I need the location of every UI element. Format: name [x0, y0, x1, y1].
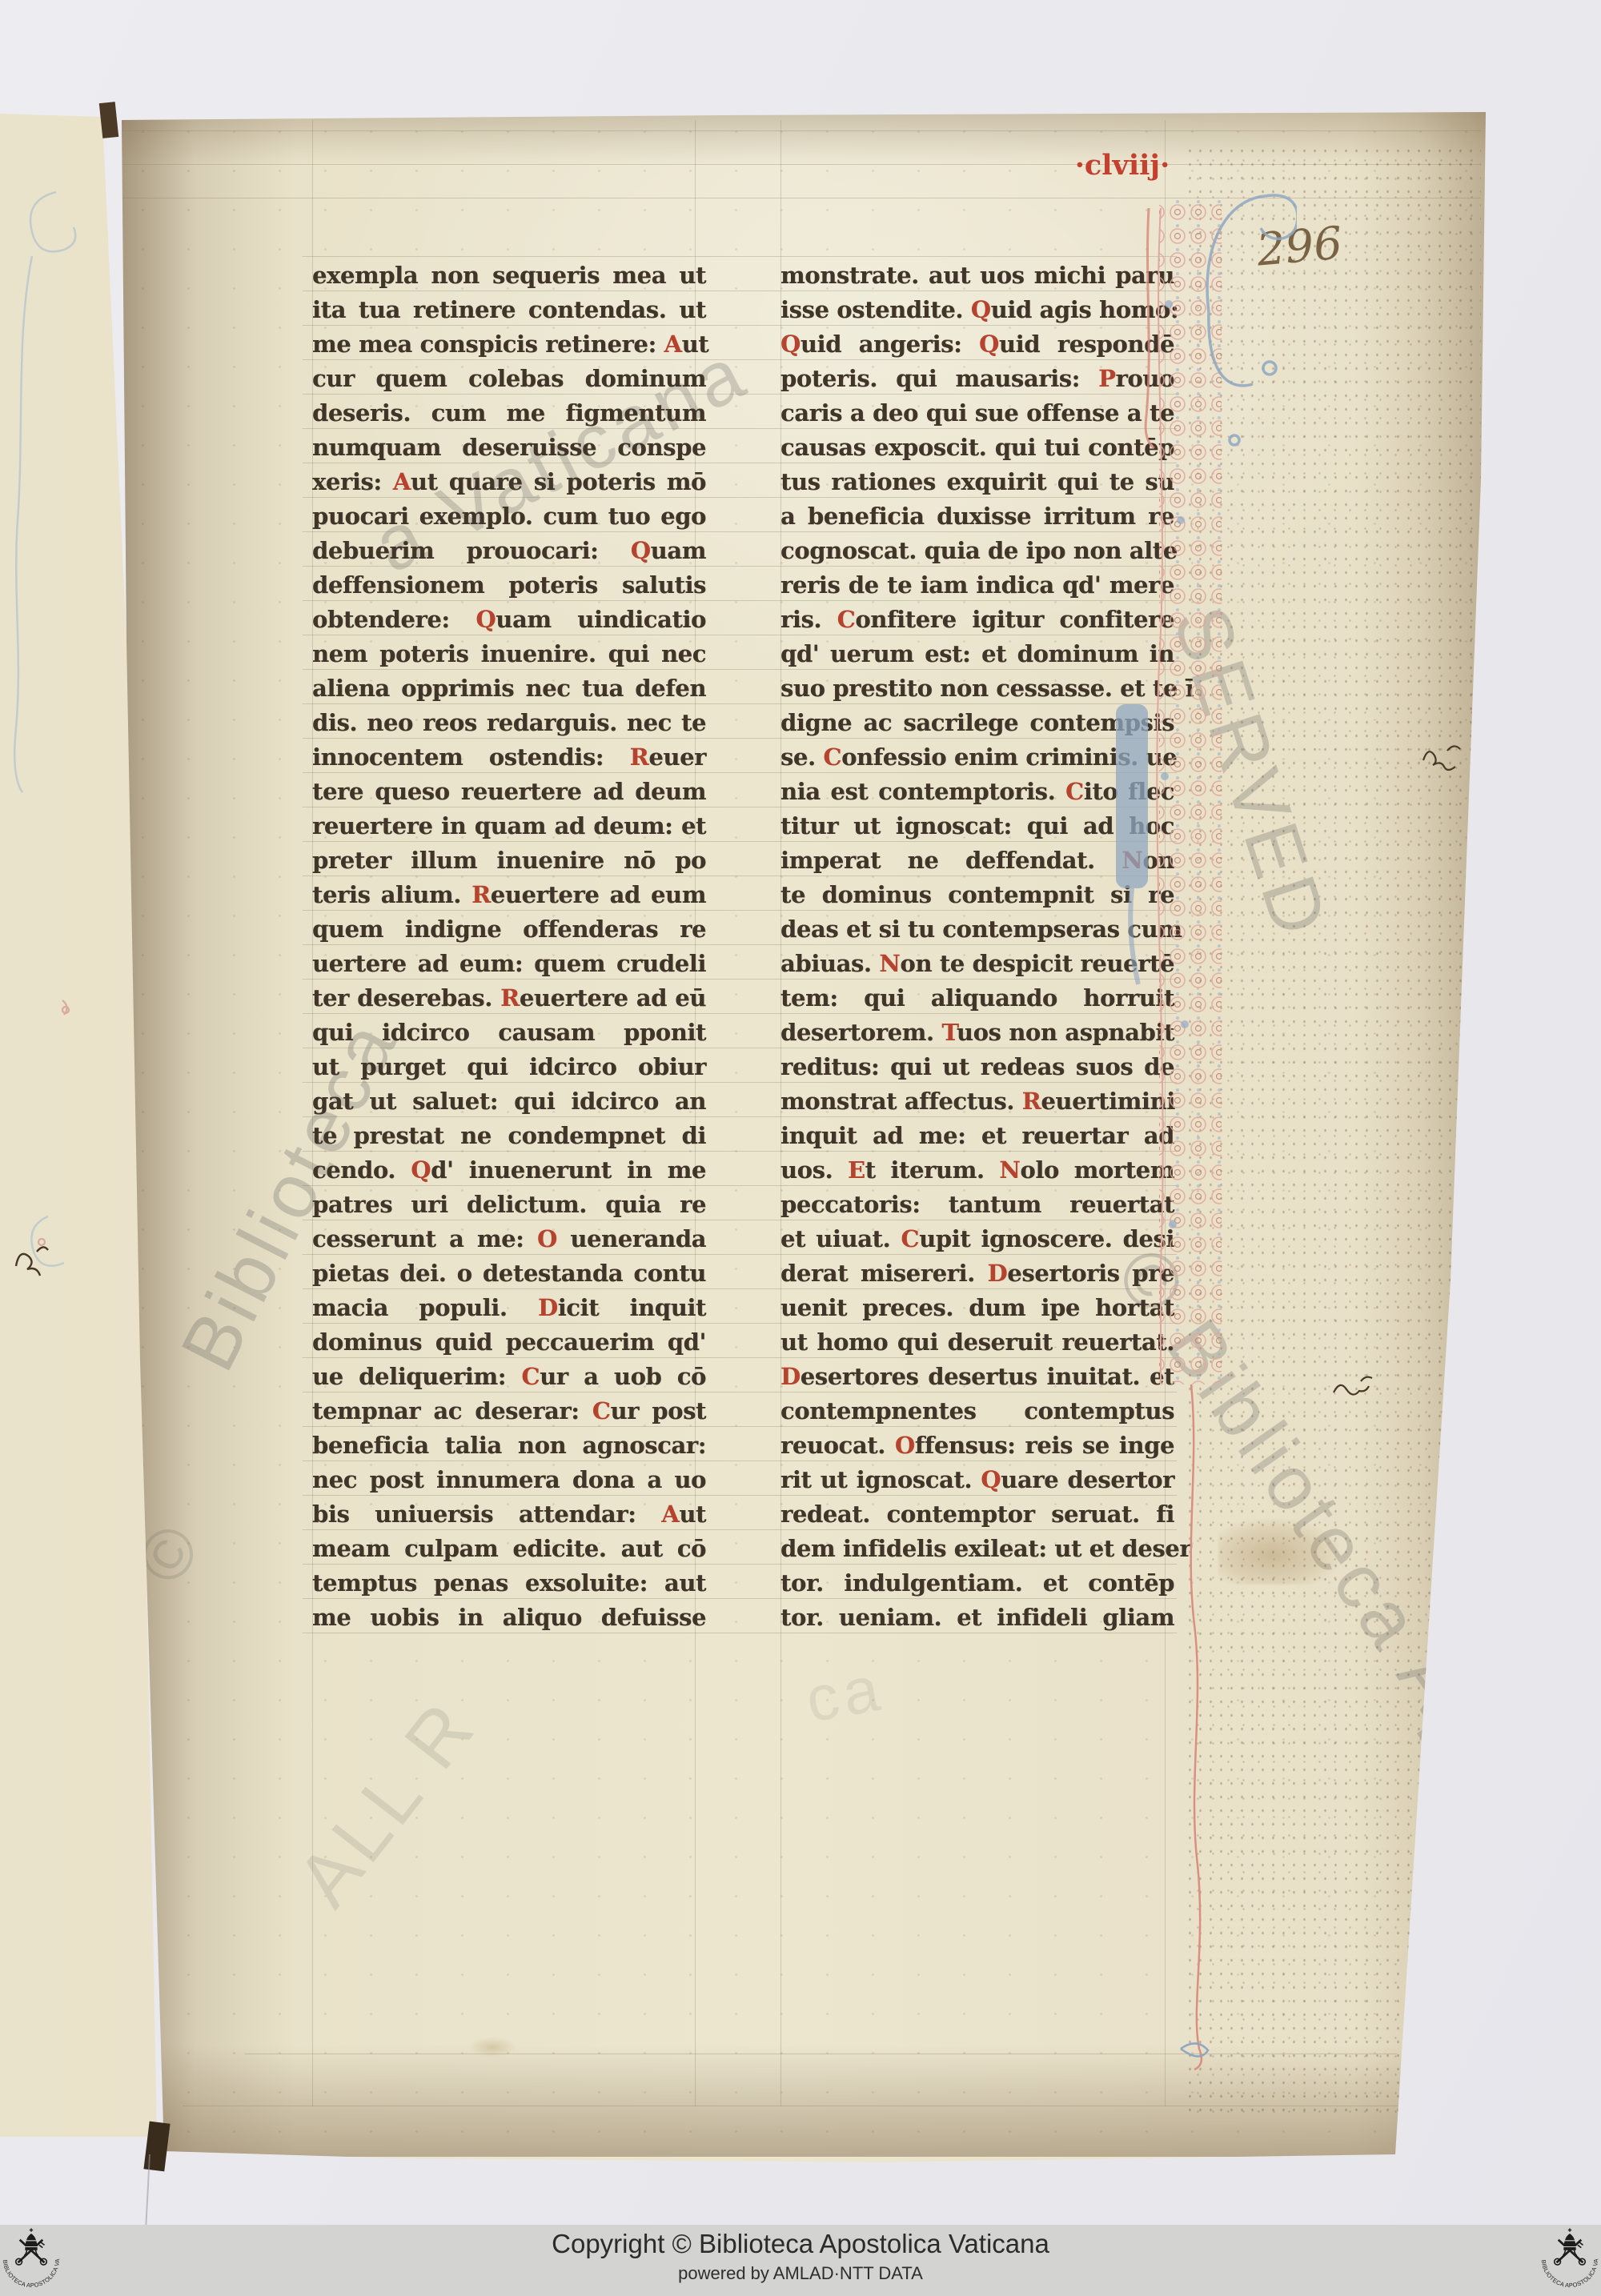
manuscript-line: nem poteris inuenire. qui nec — [312, 637, 706, 671]
manuscript-line: beneficia talia non agnoscar: — [312, 1428, 706, 1463]
ink-stain — [1218, 1519, 1338, 1585]
manuscript-line: aliena opprimis nec tua defen — [312, 671, 706, 706]
blue-initial-bar — [1116, 704, 1148, 984]
manuscript-line: qui idcirco causam pponit — [312, 1016, 706, 1050]
rubricated-initial: D — [780, 1363, 800, 1390]
manuscript-line: preter illum inuenire nō po — [312, 843, 706, 878]
powered-by-text: powered by AMLAD·NTT DATA — [0, 2263, 1601, 2284]
manuscript-line: debuerim prouocari: Quam — [312, 534, 706, 568]
manuscript-line: deffensionem poteris salutis — [312, 568, 706, 603]
copyright-footer-bar: BIBLIOTECA APOSTOLICA VATICANA Copyright… — [0, 2225, 1601, 2296]
manuscript-line: exempla non sequeris mea ut — [312, 258, 706, 293]
manuscript-line: patres uri delictum. quia re — [312, 1188, 706, 1222]
manuscript-line: quem indigne offenderas re — [312, 912, 706, 947]
manuscript-line: temptus penas exsoluite: aut — [312, 1566, 706, 1601]
manuscript-line: teris alium. Reuertere ad eum — [312, 878, 706, 912]
manuscript-line: cendo. Qd' inuenerunt in me — [312, 1153, 706, 1188]
red-wavy-line — [1191, 1384, 1202, 2070]
rubricated-initial: C — [1065, 778, 1084, 805]
lace-band — [1159, 200, 1222, 1384]
manuscript-line: dominus quid peccauerim qd' — [312, 1325, 706, 1360]
recto-page: a VaticanaBiblioteca©SERVED© Biblioteca … — [0, 0, 1601, 2296]
manuscript-line: numquam deseruisse conspe — [312, 431, 706, 465]
rubricated-initial: E — [848, 1156, 865, 1184]
rubricated-initial: T — [941, 1019, 957, 1046]
manuscript-line: xeris: Aut quare si poteris mō — [312, 465, 706, 499]
manuscript-line: ue deliquerim: Cur a uob cō — [312, 1360, 706, 1394]
manuscript-line: me uobis in aliquo defuisse — [312, 1601, 706, 1635]
rubricated-initial: Q — [411, 1156, 431, 1184]
rubricated-initial: R — [630, 743, 649, 771]
rubricated-initial: C — [521, 1363, 540, 1390]
red-flourish-tail — [1146, 208, 1154, 448]
rubricated-initial: Q — [971, 296, 991, 323]
manuscript-line: puocari exemplo. cum tuo ego — [312, 499, 706, 534]
manuscript-line: te prestat ne condempnet di — [312, 1119, 706, 1153]
rubricated-initial: N — [879, 950, 900, 977]
copyright-text: Copyright © Biblioteca Apostolica Vatica… — [0, 2229, 1601, 2259]
manuscript-line: ita tua retinere contendas. ut — [312, 293, 706, 327]
manuscript-line: ut purget qui idcirco obiur — [312, 1050, 706, 1084]
manuscript-line: deseris. cum me figmentum — [312, 396, 706, 431]
marginal-ink-mark — [1329, 1370, 1393, 1410]
rubricated-initial: Q — [780, 331, 800, 358]
vatican-library-seal-right: BIBLIOTECA APOSTOLICA VATICANA — [1534, 2225, 1601, 2295]
rubricated-initial: O — [537, 1225, 557, 1252]
verso-penwork-flourish — [0, 176, 96, 1376]
rubricated-initial: D — [538, 1294, 558, 1321]
manuscript-line: nec post innumera dona a uo — [312, 1463, 706, 1497]
rubricated-initial: Q — [631, 537, 651, 564]
rubricated-initial: C — [823, 743, 841, 771]
manuscript-line: macia populi. Dicit inquit — [312, 1291, 706, 1325]
manuscript-line: bis uniuersis attendar: Aut — [312, 1497, 706, 1532]
svg-text:BIBLIOTECA APOSTOLICA VATICANA: BIBLIOTECA APOSTOLICA VATICANA — [1534, 2225, 1599, 2289]
rubricated-initial: R — [500, 984, 520, 1012]
penwork-border-decoration — [1105, 104, 1297, 2153]
manuscript-line: cur quem colebas dominum — [312, 362, 706, 396]
rubricated-initial: C — [837, 606, 856, 633]
rubricated-initial: Q — [475, 606, 496, 633]
marginal-ink-mark — [8, 1234, 64, 1290]
rubricated-initial: A — [393, 468, 411, 495]
manuscript-line: innocentem ostendis: Reuer — [312, 740, 706, 775]
manuscript-line: obtendere: Quam uindicatio — [312, 603, 706, 637]
rubricated-initial: R — [471, 881, 491, 908]
manuscript-line: gat ut saluet: qui idcirco an — [312, 1084, 706, 1119]
rubricated-initial: A — [664, 331, 681, 358]
rubricated-initial: D — [988, 1260, 1008, 1287]
blue-bottom-glyph — [1181, 2043, 1208, 2056]
rubricated-initial: R — [1022, 1088, 1041, 1115]
rubricated-initial: C — [592, 1397, 611, 1424]
manuscript-line: reuertere in quam ad deum: et — [312, 809, 706, 843]
manuscript-line: uertere ad eum: quem crudeli — [312, 947, 706, 981]
manuscript-line: meam culpam edicite. aut cō — [312, 1532, 706, 1566]
seal-arc-text: BIBLIOTECA APOSTOLICA VATICANA — [1534, 2225, 1599, 2289]
rubricated-initial: Q — [979, 331, 999, 358]
rubricated-initial: A — [661, 1501, 679, 1528]
manuscript-line: dis. neo reos redarguis. nec te — [312, 706, 706, 740]
rubricated-initial: N — [999, 1156, 1020, 1184]
manuscript-line: tere queso reuertere ad deum — [312, 775, 706, 809]
small-stain — [468, 2037, 516, 2058]
rubricated-initial: Q — [981, 1466, 1001, 1493]
manuscript-line: me mea conspicis retinere: Aut — [312, 327, 706, 362]
manuscript-line: tempnar ac deserar: Cur post — [312, 1394, 706, 1428]
text-column-left: exempla non sequeris mea utita tua retin… — [312, 258, 706, 1635]
manuscript-line: pietas dei. o detestanda contu — [312, 1256, 706, 1291]
manuscript-line: ter deserebas. Reuertere ad eū — [312, 981, 706, 1016]
manuscript-scan-viewer: a VaticanaBiblioteca©SERVED© Biblioteca … — [0, 0, 1601, 2296]
rubricated-initial: O — [895, 1432, 915, 1459]
rubricated-initial: C — [901, 1225, 919, 1252]
manuscript-line: cesserunt a me: O ueneranda — [312, 1222, 706, 1256]
